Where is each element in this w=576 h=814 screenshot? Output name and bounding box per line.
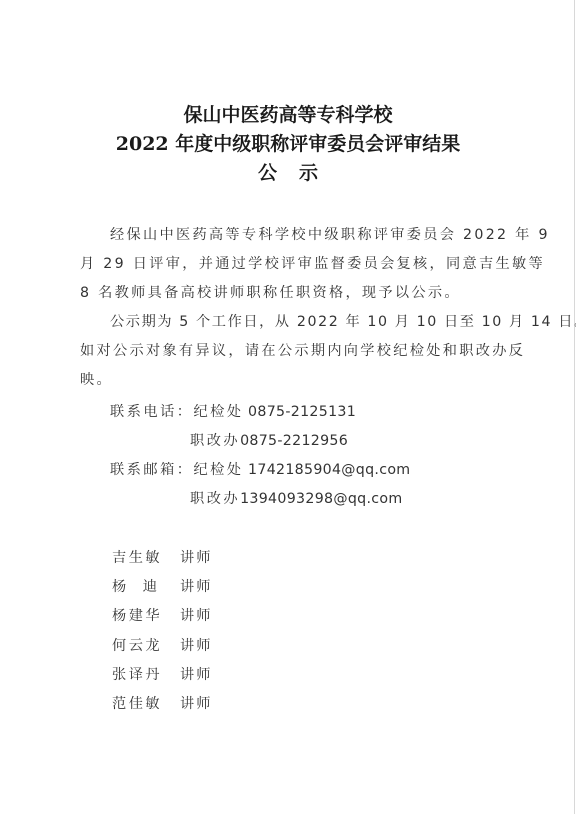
list-item: 杨 迪讲师 (112, 573, 212, 602)
candidate-name: 杨建华 (112, 602, 180, 631)
contact-phone-row-1: 联系电话：纪检处 0875-2125131 (110, 401, 356, 421)
title-notice-char2: 示 (299, 162, 318, 184)
list-item: 张译丹讲师 (112, 661, 212, 690)
candidate-rank: 讲师 (180, 544, 212, 573)
candidate-rank: 讲师 (180, 690, 212, 719)
candidate-rank: 讲师 (180, 602, 212, 631)
paragraph-line: 公示期为 5 个工作日，从 2022 年 10 月 10 日至 10 月 14 … (80, 308, 510, 337)
paragraph-line: 月 29 日评审，并通过学校评审监督委员会复核，同意吉生敏等 (80, 250, 510, 279)
paragraph-line: 8 名教师具备高校讲师职称任职资格，现予以公示。 (80, 279, 510, 308)
candidate-rank: 讲师 (180, 632, 212, 661)
title-notice-char1: 公 (258, 162, 277, 184)
contact-email-row-2: 职改办1394093298@qq.com (190, 488, 402, 508)
email-address: 1742185904@qq.com (248, 462, 410, 478)
candidate-rank: 讲师 (180, 661, 212, 690)
email-address: 1394093298@qq.com (240, 491, 402, 507)
title-notice: 公示 (0, 158, 576, 185)
paragraph-line: 映。 (80, 366, 510, 395)
email-dept: 纪检处 (193, 462, 243, 478)
list-item: 杨建华讲师 (112, 602, 212, 631)
title-school: 保山中医药高等专科学校 (0, 100, 576, 127)
candidate-list: 吉生敏讲师 杨 迪讲师 杨建华讲师 何云龙讲师 张译丹讲师 范佳敏讲师 (112, 544, 212, 719)
list-item: 何云龙讲师 (112, 632, 212, 661)
candidate-name: 张译丹 (112, 661, 180, 690)
candidate-rank: 讲师 (180, 573, 212, 602)
candidate-name: 范佳敏 (112, 690, 180, 719)
email-label: 联系邮箱： (110, 462, 193, 478)
title-committee-result: 2022 年度中级职称评审委员会评审结果 (0, 129, 576, 156)
paragraph-review-result: 经保山中医药高等专科学校中级职称评审委员会 2022 年 9 月 29 日评审，… (80, 221, 510, 308)
paragraph-line: 经保山中医药高等专科学校中级职称评审委员会 2022 年 9 (80, 221, 510, 250)
phone-number: 0875-2125131 (248, 404, 356, 420)
candidate-name: 吉生敏 (112, 544, 180, 573)
contact-phone-row-2: 职改办0875-2212956 (190, 430, 348, 450)
list-item: 范佳敏讲师 (112, 690, 212, 719)
email-dept: 职改办 (190, 491, 240, 507)
phone-label: 联系电话： (110, 404, 193, 420)
list-item: 吉生敏讲师 (112, 544, 212, 573)
candidate-name: 杨 迪 (112, 573, 180, 602)
phone-number: 0875-2212956 (240, 433, 348, 449)
candidate-name: 何云龙 (112, 632, 180, 661)
phone-dept: 纪检处 (193, 404, 243, 420)
phone-dept: 职改办 (190, 433, 240, 449)
paragraph-line: 如对公示对象有异议，请在公示期内向学校纪检处和职改办反 (80, 337, 510, 366)
paragraph-notice-period: 公示期为 5 个工作日，从 2022 年 10 月 10 日至 10 月 14 … (80, 308, 510, 395)
contact-email-row-1: 联系邮箱：纪检处 1742185904@qq.com (110, 459, 410, 479)
